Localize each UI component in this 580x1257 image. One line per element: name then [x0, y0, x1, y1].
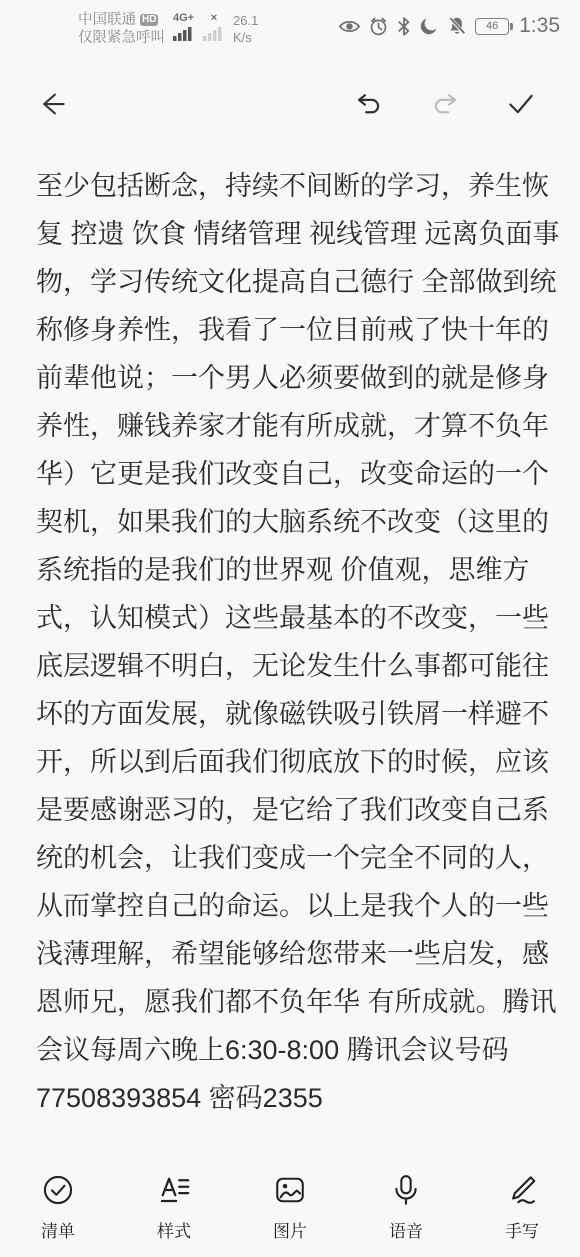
style-label: 样式: [157, 1217, 191, 1242]
note-line: 养性，赚钱养家才能有所成就，才算不负年: [36, 402, 550, 450]
note-line: 浅薄理解，希望能够给您带来一些启发，感: [36, 930, 550, 978]
checklist-label: 清单: [41, 1217, 75, 1242]
note-line: 系统指的是我们的世界观 价值观，思维方: [36, 546, 550, 594]
editor-toolbar: [0, 58, 580, 150]
network-speed-value: 26.1: [233, 12, 258, 29]
bottom-toolbar: 清单 样式 图片 语音 手写: [0, 1160, 580, 1257]
style-button[interactable]: 样式: [142, 1172, 206, 1257]
image-icon: [272, 1172, 308, 1208]
battery-level: 46: [486, 20, 498, 32]
redo-icon: [431, 90, 459, 118]
checklist-button[interactable]: 清单: [26, 1172, 90, 1257]
network-speed-unit: K/s: [233, 29, 258, 46]
back-arrow-icon: [38, 89, 68, 119]
redo-button[interactable]: [430, 89, 460, 119]
note-line: 坏的方面发展，就像磁铁吸引铁屑一样避不: [36, 690, 550, 738]
undo-icon: [355, 90, 383, 118]
note-line: 物，学习传统文化提高自己德行 全部做到统: [36, 258, 550, 306]
note-line: 统的机会，让我们变成一个完全不同的人，: [36, 834, 550, 882]
handwriting-button[interactable]: 手写: [490, 1172, 554, 1257]
alarm-clock-icon: [368, 16, 389, 37]
confirm-button[interactable]: [506, 89, 536, 119]
eye-icon: [338, 15, 361, 38]
note-line: 前辈他说；一个男人必须要做到的就是修身: [36, 354, 550, 402]
note-line: 恩师兄，愿我们都不负年华 有所成就。腾讯: [36, 978, 550, 1026]
note-line: 式，认知模式）这些最基本的不改变，一些: [36, 594, 550, 642]
signal-strength-icon: [173, 26, 195, 41]
battery-icon: 46: [475, 18, 509, 35]
status-bar: 中国联通 HD 仅限紧急呼叫 4G+ × 26.1: [0, 0, 580, 58]
handwriting-label: 手写: [505, 1217, 539, 1242]
signal-strength-sim2-icon: [203, 26, 225, 41]
note-editor[interactable]: 至少包括断念，持续不间断的学习，养生恢 复 控遗 饮食 情绪管理 视线管理 远离…: [0, 150, 580, 1122]
handwriting-pen-icon: [504, 1172, 540, 1208]
emergency-call-text: 仅限紧急呼叫: [78, 29, 165, 47]
undo-button[interactable]: [354, 89, 384, 119]
muted-bell-icon: [446, 15, 468, 37]
note-line: 称修身养性，我看了一位目前戒了快十年的: [36, 306, 550, 354]
note-line: 开，所以到后面我们彻底放下的时候，应该: [36, 738, 550, 786]
note-line: 华）它更是我们改变自己，改变命运的一个: [36, 450, 550, 498]
network-type-label: 4G+: [173, 13, 194, 24]
note-line: 契机，如果我们的大脑系统不改变（这里的: [36, 498, 550, 546]
checklist-icon: [40, 1172, 76, 1208]
status-time: 1:35: [519, 14, 560, 38]
note-line: 会议每周六晚上6:30-8:00 腾讯会议号码: [36, 1026, 550, 1074]
note-line: 底层逻辑不明白，无论发生什么事都可能往: [36, 642, 550, 690]
note-line: 至少包括断念，持续不间断的学习，养生恢: [36, 162, 550, 210]
carrier-name: 中国联通: [78, 11, 136, 29]
checkmark-icon: [506, 89, 536, 119]
note-line: 是要感谢恶习的，是它给了我们改变自己系: [36, 786, 550, 834]
bluetooth-icon: [396, 16, 412, 37]
image-button[interactable]: 图片: [258, 1172, 322, 1257]
style-icon: [156, 1172, 192, 1208]
hd-badge: HD: [140, 14, 158, 26]
note-line: 复 控遗 饮食 情绪管理 视线管理 远离负面事: [36, 210, 550, 258]
back-button[interactable]: [38, 89, 68, 119]
note-line: 77508393854 密码2355: [36, 1074, 550, 1122]
night-mode-moon-icon: [419, 16, 439, 36]
note-line: 从而掌控自己的命运。以上是我个人的一些: [36, 882, 550, 930]
no-signal-mark: ×: [211, 13, 217, 24]
image-label: 图片: [273, 1217, 307, 1242]
voice-label: 语音: [389, 1217, 423, 1242]
microphone-icon: [388, 1172, 424, 1208]
voice-button[interactable]: 语音: [374, 1172, 438, 1257]
